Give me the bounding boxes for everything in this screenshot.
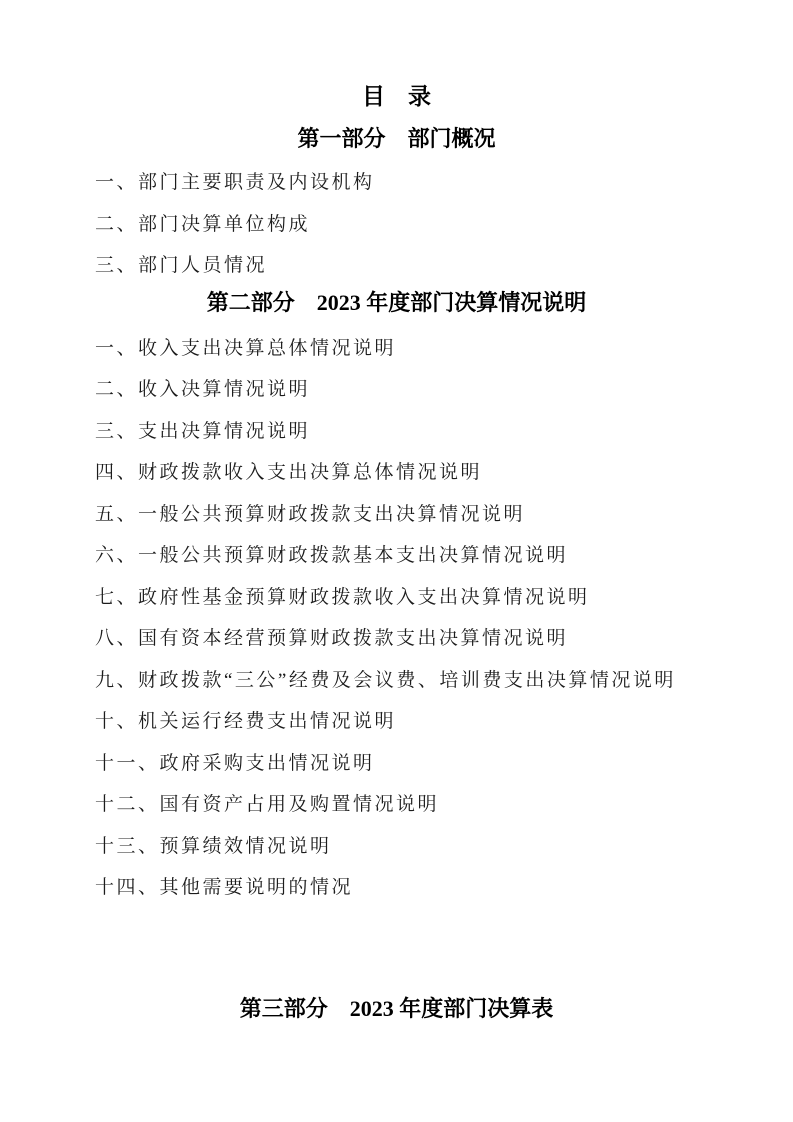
toc-item: 二、收入决算情况说明 bbox=[95, 367, 793, 409]
toc-item: 四、财政拨款收入支出决算总体情况说明 bbox=[95, 450, 793, 492]
part1-item-list: 一、部门主要职责及内设机构 二、部门决算单位构成 三、部门人员情况 bbox=[0, 160, 793, 285]
part1-heading: 第一部分 部门概况 bbox=[0, 125, 793, 153]
toc-item: 三、部门人员情况 bbox=[95, 243, 793, 285]
toc-item: 十、机关运行经费支出情况说明 bbox=[95, 699, 793, 741]
toc-item: 七、政府性基金预算财政拨款收入支出决算情况说明 bbox=[95, 575, 793, 617]
part3-heading: 第三部分 2023 年度部门决算表 bbox=[0, 995, 793, 1023]
toc-title: 目 录 bbox=[0, 84, 793, 110]
toc-item: 五、一般公共预算财政拨款支出决算情况说明 bbox=[95, 492, 793, 534]
toc-item: 一、部门主要职责及内设机构 bbox=[95, 160, 793, 202]
toc-item: 三、支出决算情况说明 bbox=[95, 409, 793, 451]
toc-item: 九、财政拨款“三公”经费及会议费、培训费支出决算情况说明 bbox=[95, 658, 793, 700]
toc-item: 十一、政府采购支出情况说明 bbox=[95, 741, 793, 783]
document-page: 目 录 第一部分 部门概况 一、部门主要职责及内设机构 二、部门决算单位构成 三… bbox=[0, 0, 793, 1122]
toc-item: 十三、预算绩效情况说明 bbox=[95, 824, 793, 866]
toc-item: 十二、国有资产占用及购置情况说明 bbox=[95, 782, 793, 824]
toc-item: 八、国有资本经营预算财政拨款支出决算情况说明 bbox=[95, 616, 793, 658]
toc-item: 十四、其他需要说明的情况 bbox=[95, 865, 793, 907]
toc-item: 一、收入支出决算总体情况说明 bbox=[95, 326, 793, 368]
part2-heading: 第二部分 2023 年度部门决算情况说明 bbox=[0, 289, 793, 317]
part2-item-list: 一、收入支出决算总体情况说明 二、收入决算情况说明 三、支出决算情况说明 四、财… bbox=[0, 326, 793, 907]
toc-item: 二、部门决算单位构成 bbox=[95, 202, 793, 244]
toc-item: 六、一般公共预算财政拨款基本支出决算情况说明 bbox=[95, 533, 793, 575]
